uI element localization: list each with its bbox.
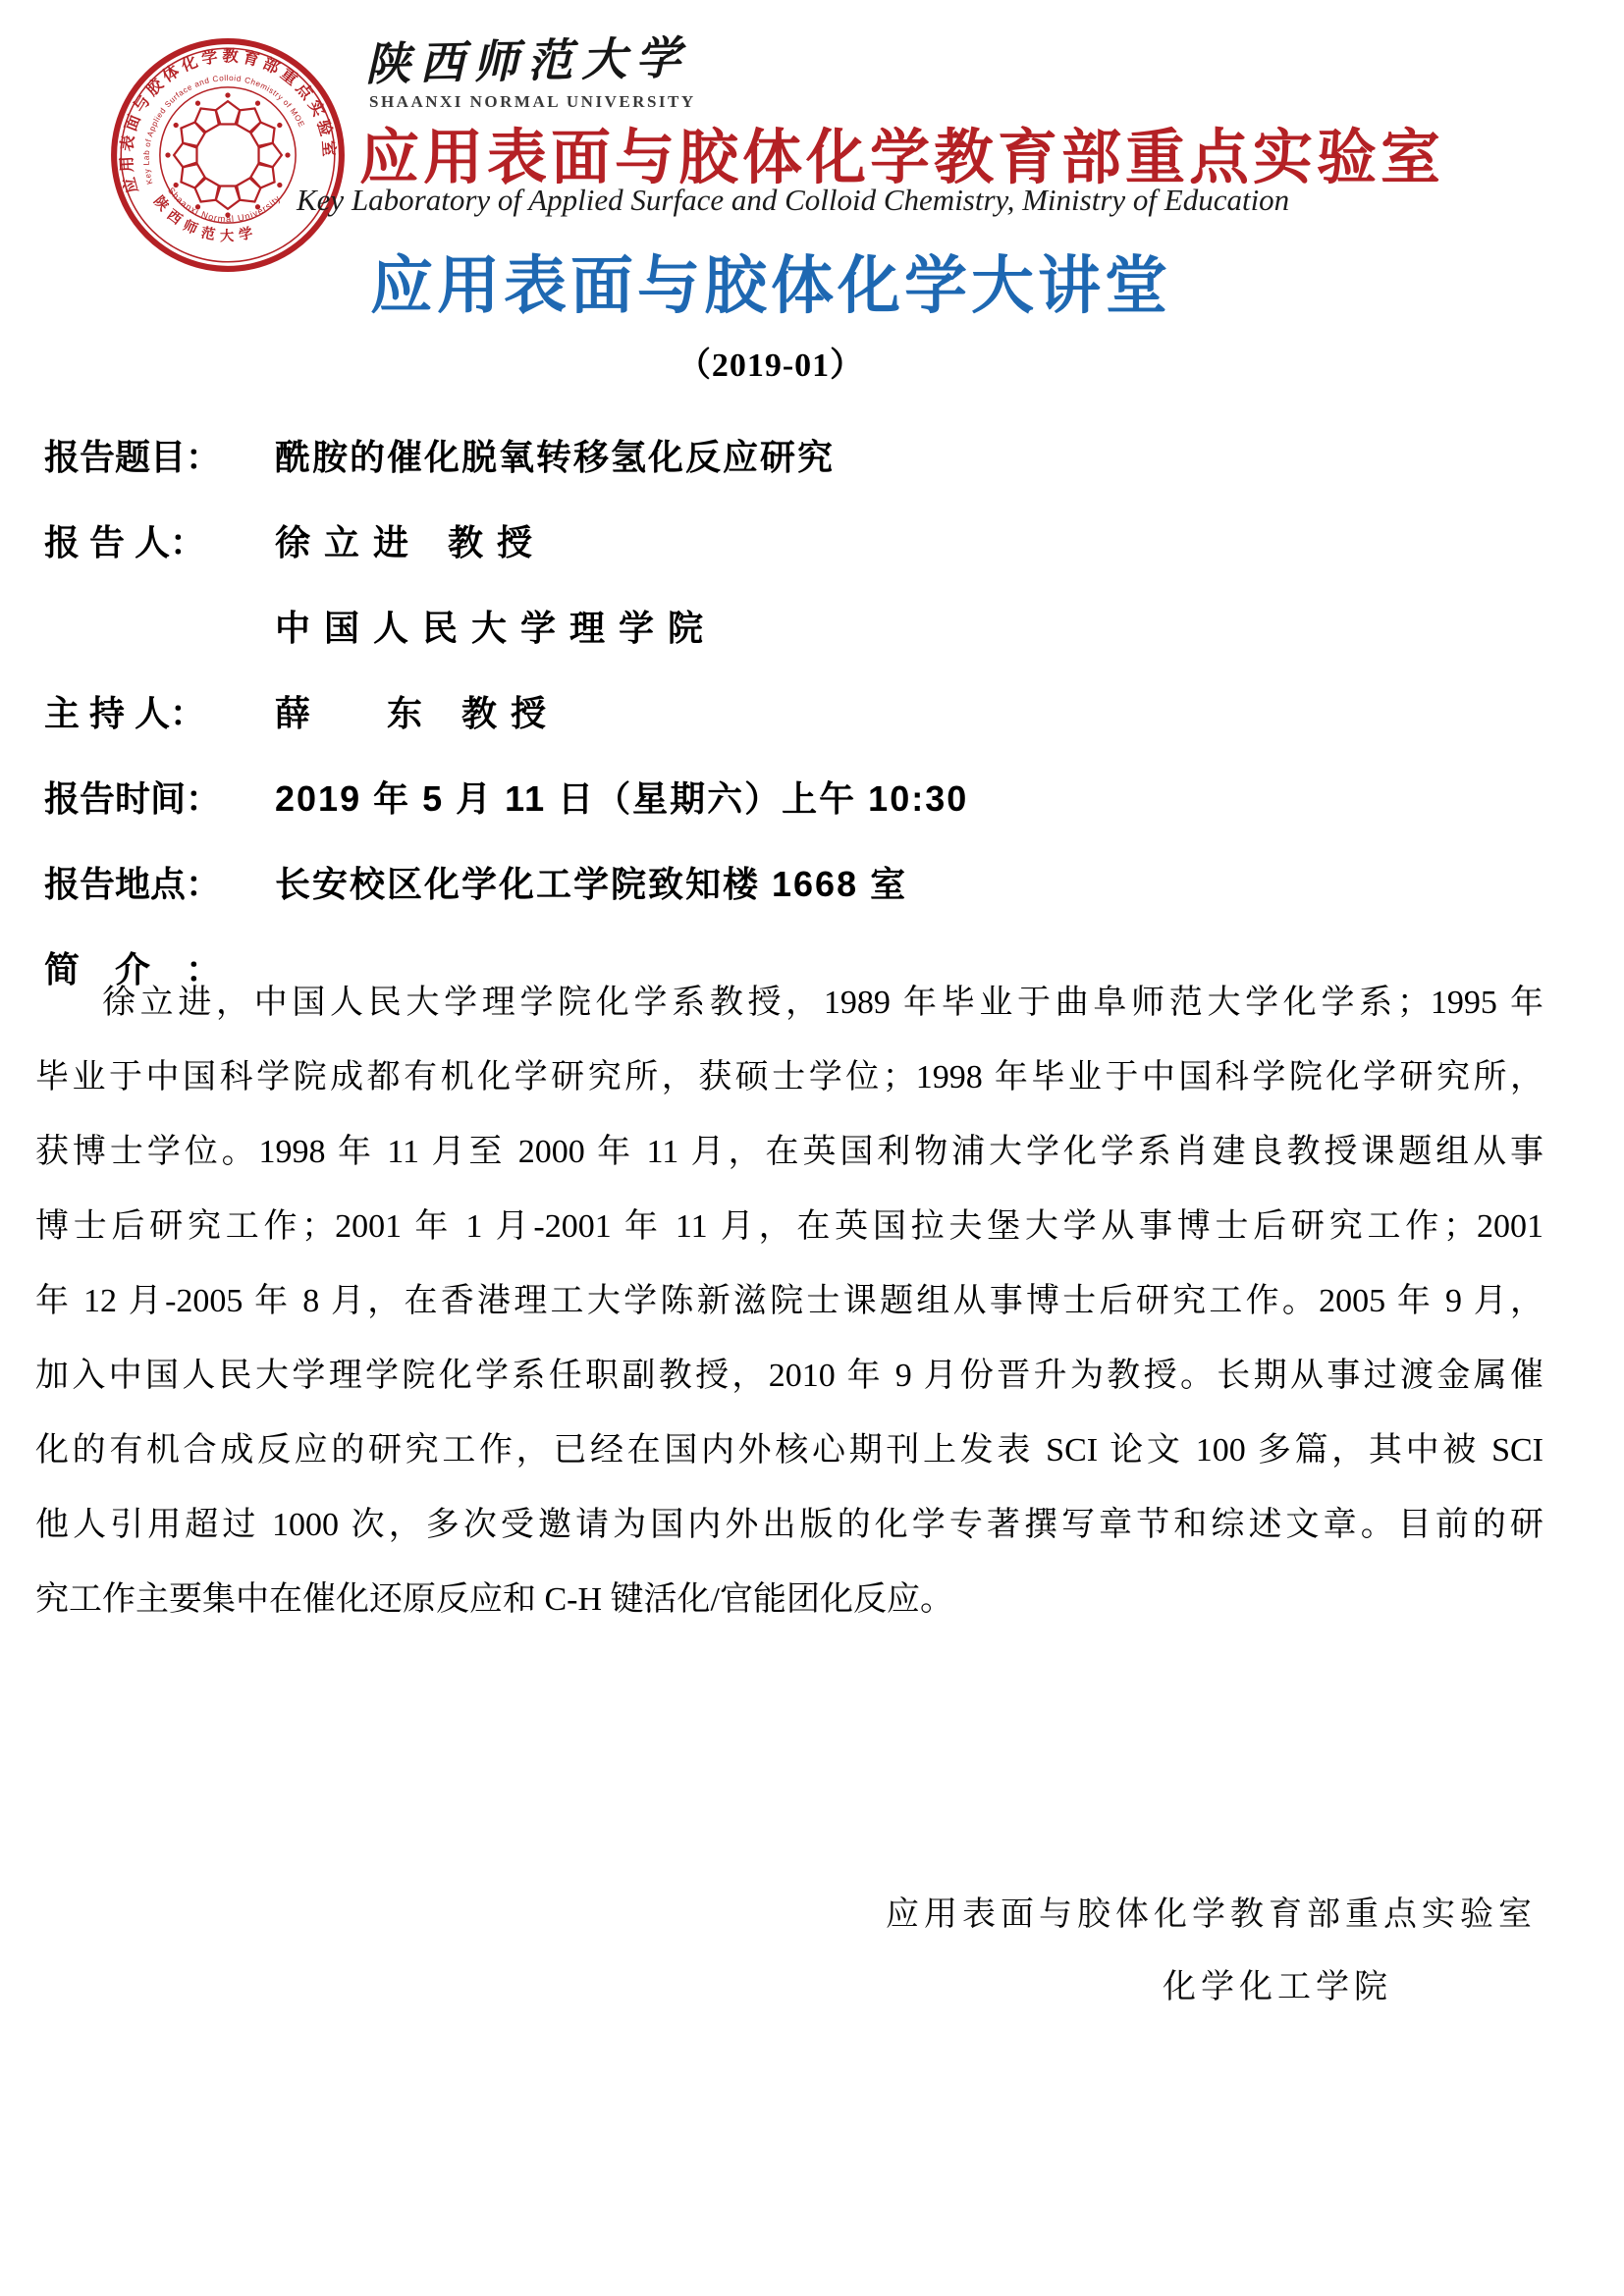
bio-line: 获博士学位。1998 年 11 月至 2000 年 11 月，在英国利物浦大学化…: [35, 1115, 1543, 1190]
signature-lab-name: 应用表面与胶体化学教育部重点实验室: [886, 1887, 1537, 1935]
detail-value: 酰胺的催化脱氧转移氢化反应研究: [275, 430, 835, 480]
detail-value: 2019 年 5 月 11 日（星期六）上午 10:30: [275, 772, 968, 822]
university-name-calligraphy: 陕西师范大学: [364, 23, 689, 94]
issue-number: （2019-01）: [0, 338, 1542, 386]
detail-row-time: 报告时间： 2019 年 5 月 11 日（星期六）上午 10:30: [44, 772, 1546, 857]
page-title: 应用表面与胶体化学大讲堂: [0, 236, 1542, 326]
bio-line: 加入中国人民大学理学院化学系任职副教授，2010 年 9 月份晋升为教授。长期从…: [35, 1339, 1543, 1414]
detail-value: 徐 立 进 教 授: [275, 515, 534, 565]
bio-line: 他人引用超过 1000 次，多次受邀请为国内外出版的化学专著撰写章节和综述文章。…: [35, 1488, 1543, 1563]
detail-label: 报告时间：: [44, 772, 275, 822]
detail-label: 报告题目：: [44, 430, 275, 480]
seal-inner-text-en: Key Lab of Applied Surface and Colloid C…: [142, 74, 306, 186]
detail-row-speaker: 报 告 人： 徐 立 进 教 授: [44, 515, 1546, 601]
detail-value: 长安校区化学化工学院致知楼 1668 室: [275, 857, 907, 907]
seminar-details: 报告题目： 酰胺的催化脱氧转移氢化反应研究 报 告 人： 徐 立 进 教 授 中…: [44, 430, 1546, 1028]
document-page: 应用表面与胶体化学教育部重点实验室 Key Lab of Applied Sur…: [0, 0, 1624, 2296]
detail-label: 报 告 人：: [44, 515, 275, 565]
detail-row-location: 报告地点： 长安校区化学化工学院致知楼 1668 室: [44, 857, 1546, 942]
lab-name-english: Key Laboratory of Applied Surface and Co…: [297, 183, 1289, 218]
bio-line: 化的有机合成反应的研究工作，已经在国内外核心期刊上发表 SCI 论文 100 多…: [35, 1414, 1543, 1488]
detail-value: 薛 东 教 授: [275, 686, 548, 736]
bio-line: 徐立进，中国人民大学理学院化学系教授，1989 年毕业于曲阜师范大学化学系；19…: [35, 966, 1543, 1041]
detail-row-affiliation: 中 国 人 民 大 学 理 学 院: [44, 601, 1546, 686]
university-name-english: SHAANXI NORMAL UNIVERSITY: [369, 92, 696, 112]
detail-row-topic: 报告题目： 酰胺的催化脱氧转移氢化反应研究: [44, 430, 1546, 515]
bio-line: 毕业于中国科学院成都有机化学研究所，获硕士学位；1998 年毕业于中国科学院化学…: [35, 1041, 1543, 1115]
detail-label: 报告地点：: [44, 857, 275, 907]
detail-value: 中 国 人 民 大 学 理 学 院: [275, 601, 705, 651]
detail-label: 主 持 人：: [44, 686, 275, 736]
speaker-biography: 徐立进，中国人民大学理学院化学系教授，1989 年毕业于曲阜师范大学化学系；19…: [35, 966, 1543, 1637]
bio-line: 年 12 月-2005 年 8 月，在香港理工大学陈新滋院士课题组从事博士后研究…: [35, 1264, 1543, 1339]
bio-line: 博士后研究工作；2001 年 1 月-2001 年 11 月，在英国拉夫堡大学从…: [35, 1190, 1543, 1264]
detail-row-host: 主 持 人： 薛 东 教 授: [44, 686, 1546, 772]
signature-school-name: 化学化工学院: [1163, 1959, 1392, 2007]
bio-line: 究工作主要集中在催化还原反应和 C-H 键活化/官能团化反应。: [35, 1563, 1543, 1637]
